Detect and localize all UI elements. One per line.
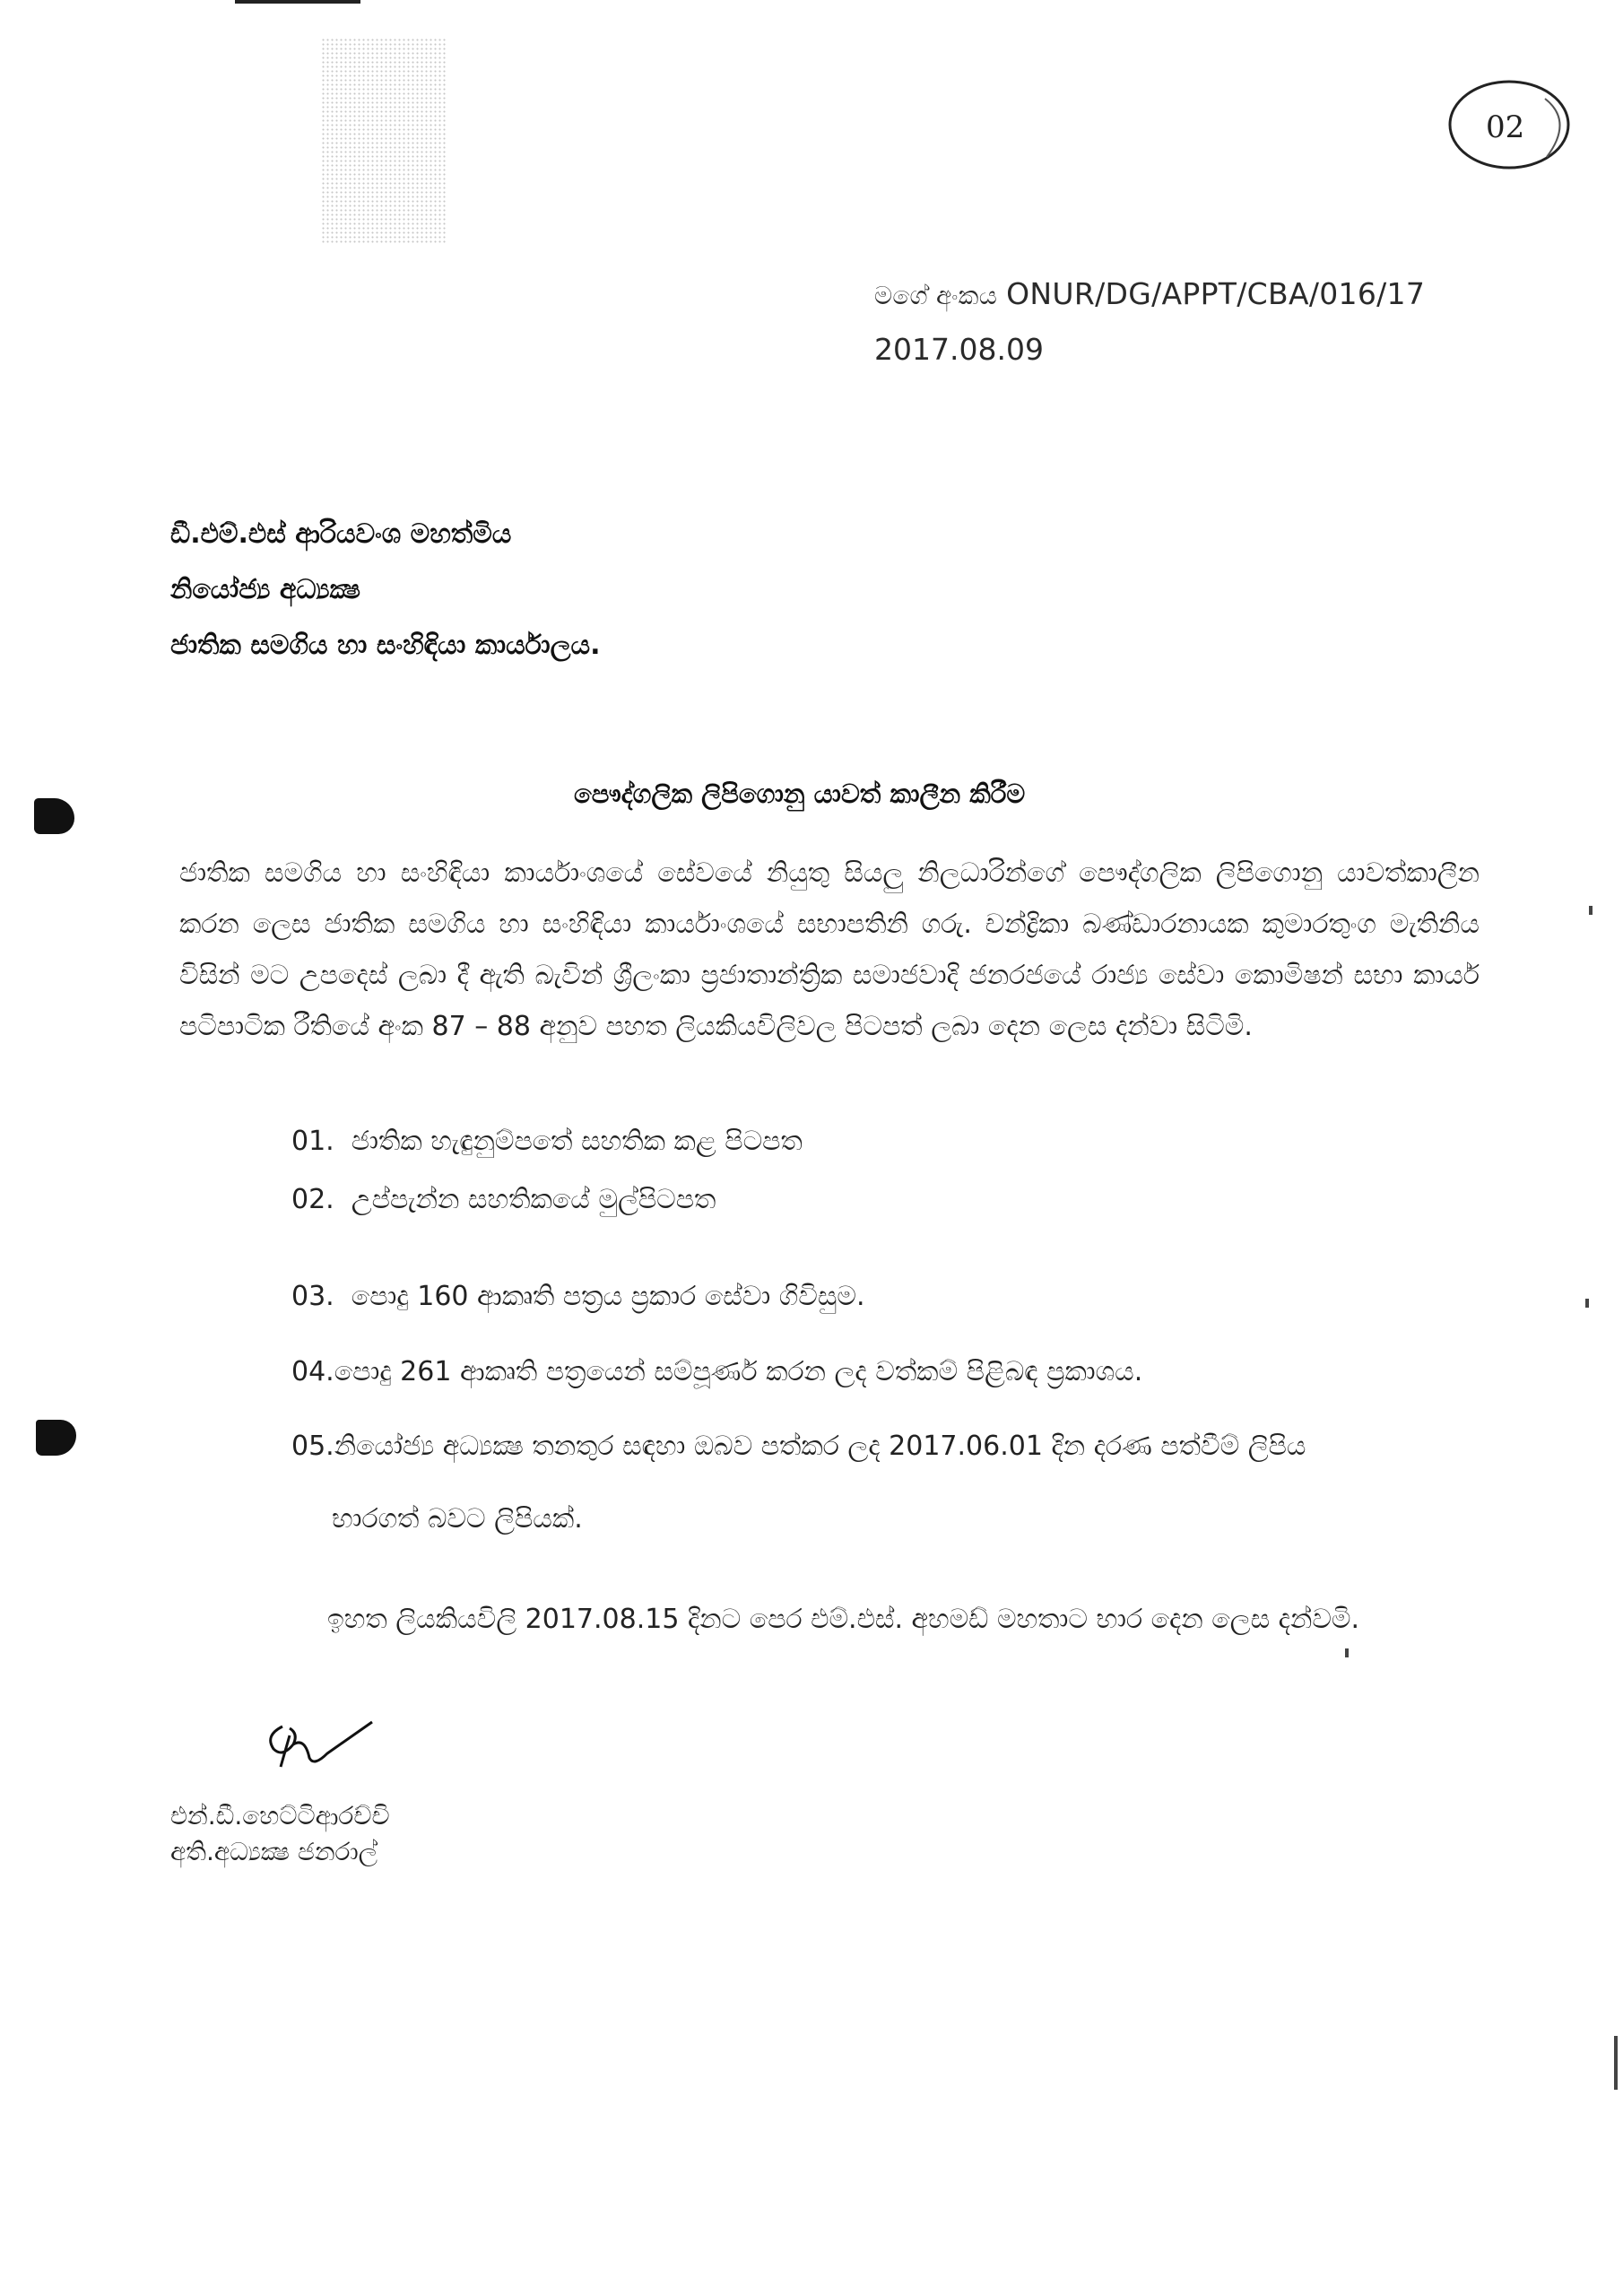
signature [265,1718,399,1780]
scan-speck [1585,1299,1589,1308]
reference-code: ONUR/DG/APPT/CBA/016/17 [1006,276,1425,311]
scan-speck [1345,1648,1349,1657]
page-stamp-number: 02 [1486,109,1524,145]
punch-hole-mark [36,1420,76,1456]
list-item: 01. ජාතික හැඳුනුම්පතේ සහතික කළ පිටපත [291,1126,803,1157]
punch-hole-mark [34,798,74,834]
list-item-continuation: භාරගත් බවට ලිපියක්. [332,1503,583,1535]
list-item: 04.පොදු 261 ආකෘති පත්‍රයෙන් සම්පූර්ණ කරන… [291,1356,1142,1387]
list-item: 02. උප්පැන්න සහතිකයේ මුල්පිටපත [291,1184,716,1215]
scan-speck [1589,906,1593,915]
list-item: 05.නියෝජ්‍ය අධ්‍යක්‍ෂ තනතුර සඳහා ඔබව පත්… [291,1431,1484,1462]
closing-instruction: ඉහත ලියකියවිලි 2017.08.15 දිනට පෙර එම්.එ… [327,1604,1359,1635]
signatory-title: අති.අධ්‍යක්‍ෂ ජනරාල් [170,1837,378,1867]
signatory-name: එන්.ඩී.හෙට්ටිආරච්චි [170,1801,390,1831]
addressee-office: ජාතික සමගිය හා සංහිඳියා කාර්යාලය. [170,630,601,661]
letter-date: 2017.08.09 [874,332,1044,367]
scan-edge-mark [235,0,360,4]
page-number-stamp: 02 [1439,67,1583,175]
list-item: 03. පොදු 160 ආකෘති පත්‍රය ප්‍රකාර සේවා ග… [291,1281,865,1312]
addressee-title: නියෝජ්‍ය අධ්‍යක්‍ෂ [170,574,360,605]
scan-speck [1614,2036,1618,2090]
letter-subject: පෞද්ගලික ලිපිගොනු යාවත් කාලීන කිරීම [574,778,1025,810]
reference-number: මගේ අංකයONUR/DG/APPT/CBA/016/17 [874,276,1425,311]
addressee-name: ඩී.එම්.එස් ආරියවංශ මහත්මිය [170,518,511,550]
body-paragraph: ජාතික සමගිය හා සංහිඳියා කාර්යාංශයේ සේවයේ… [179,848,1480,1052]
reference-label: මගේ අංකය [874,281,997,310]
redacted-area [321,38,447,244]
